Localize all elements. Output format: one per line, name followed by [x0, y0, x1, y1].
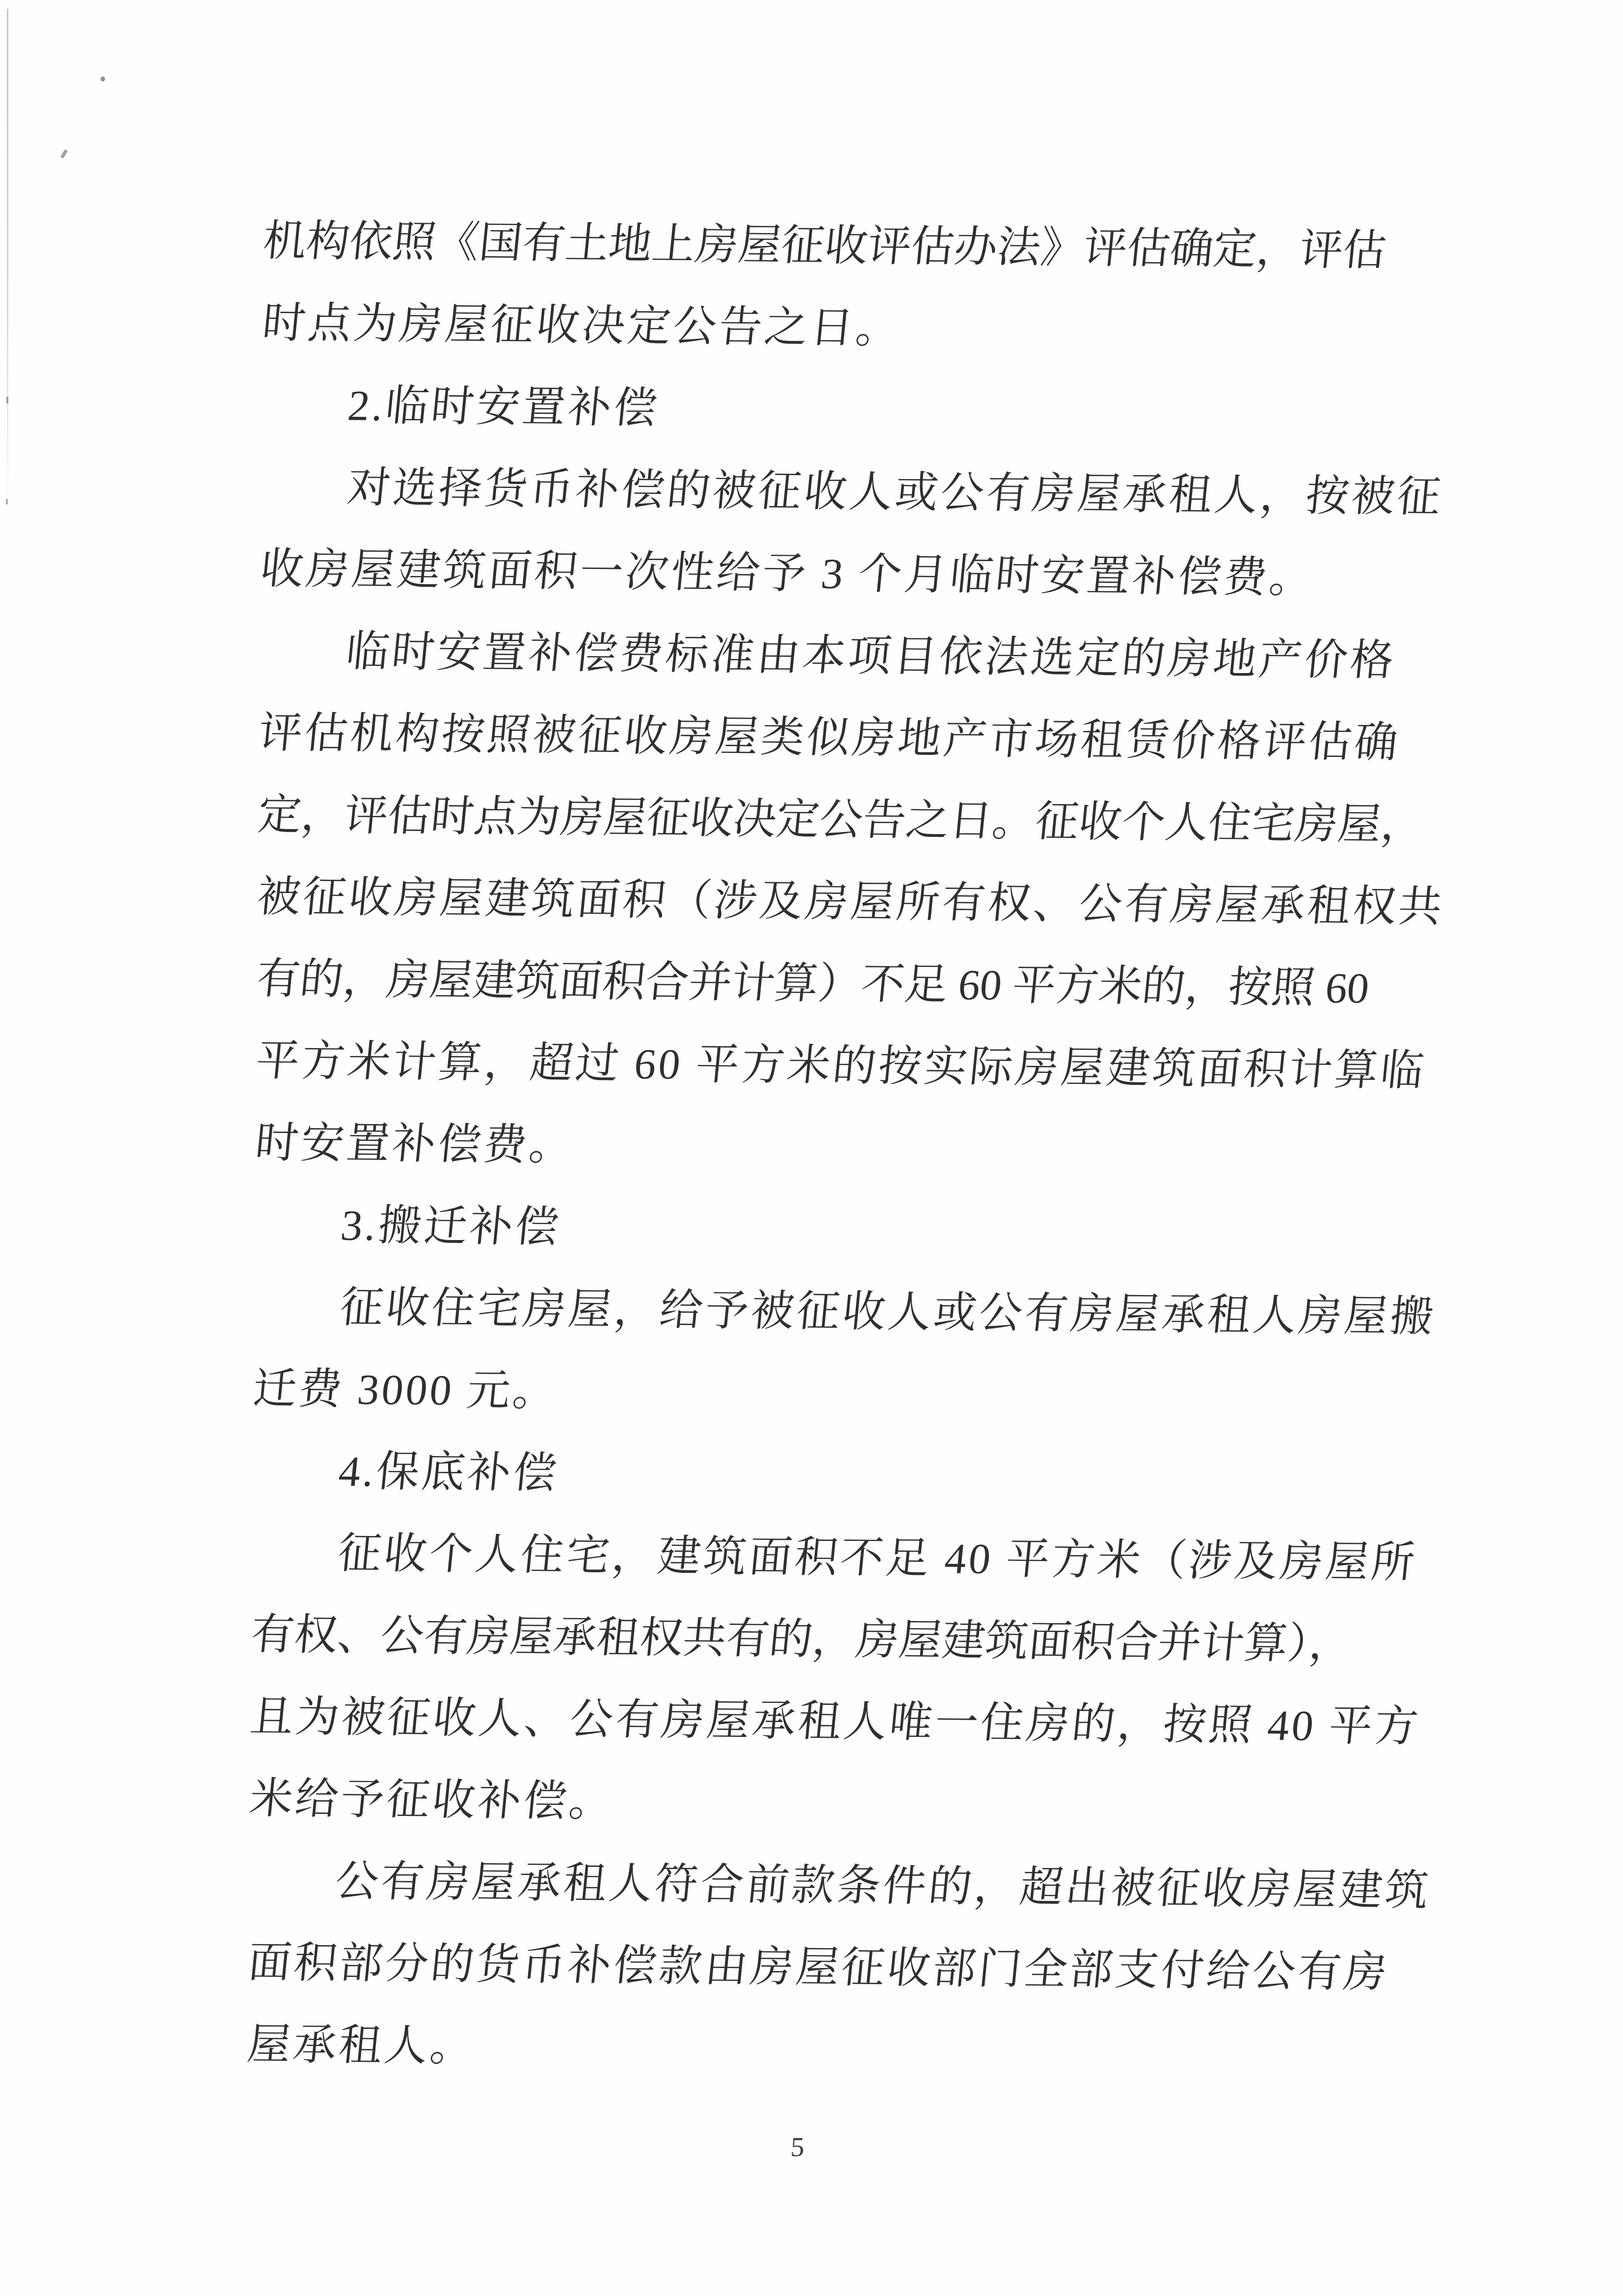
text-line: 对选择货币补偿的被征收人或公有房屋承租人，按被征 [257, 446, 1458, 539]
scan-speck-dot [101, 77, 105, 81]
text-line: 屋承租人。 [243, 2004, 1444, 2096]
text-line: 被征收房屋建筑面积（涉及房屋所有权、公有房屋承租权共 [254, 856, 1454, 948]
text-line: 且为被征收人、公有房屋承租人唯一住房的，按照 40 平方 [246, 1676, 1447, 1768]
text-line: 定，评估时点为房屋征收决定公告之日。征收个人住宅房屋， [254, 774, 1455, 866]
text-line section-heading: 4.保底补偿 [248, 1430, 1449, 1522]
text-line: 评估机构按照被征收房屋类似房地产市场租赁价格评估确 [255, 692, 1455, 784]
text-line: 征收住宅房屋，给予被征收人或公有房屋承租人房屋搬 [250, 1266, 1450, 1358]
scanned-document-page: 机构依照《国有土地上房屋征收评估办法》评估确定，评估 时点为房屋征收决定公告之日… [0, 0, 1623, 2296]
document-body-text: 机构依照《国有土地上房屋征收评估办法》评估确定，评估 时点为房屋征收决定公告之日… [247, 200, 1456, 2096]
scan-speck-tick [60, 149, 68, 159]
scan-speck-edge [6, 499, 8, 505]
text-line: 临时安置补偿费标准由本项目依法选定的房地产价格 [256, 610, 1456, 702]
text-line: 时安置补偿费。 [251, 1102, 1452, 1194]
scanner-streak-artifact [7, 9, 8, 506]
text-line section-heading: 2.临时安置补偿 [258, 364, 1458, 457]
text-line: 公有房屋承租人符合前款条件的，超出被征收房屋建筑 [245, 1840, 1445, 1932]
scan-speck-edge [6, 397, 8, 404]
text-line: 征收个人住宅，建筑面积不足 40 平方米（涉及房屋所 [248, 1512, 1448, 1604]
text-line: 有权、公有房屋承租权共有的，房屋建筑面积合并计算）， [247, 1594, 1447, 1686]
text-line: 平方米计算，超过 60 平方米的按实际房屋建筑面积计算临 [252, 1020, 1453, 1112]
text-line: 有的，房屋建筑面积合并计算）不足 60 平方米的，按照 60 [253, 938, 1453, 1030]
page-number: 5 [755, 2132, 840, 2163]
text-line: 时点为房屋征收决定公告之日。 [259, 282, 1459, 375]
text-line: 迁费 3000 元。 [249, 1348, 1450, 1440]
text-line: 米给予征收补偿。 [246, 1758, 1446, 1850]
text-line section-heading: 3.搬迁补偿 [251, 1184, 1451, 1276]
text-line: 面积部分的货币补偿款由房屋征收部门全部支付给公有房 [244, 1922, 1445, 2014]
text-line: 收房屋建筑面积一次性给予 3 个月临时安置补偿费。 [256, 528, 1457, 621]
text-line: 机构依照《国有土地上房屋征收评估办法》评估确定，评估 [259, 200, 1460, 293]
